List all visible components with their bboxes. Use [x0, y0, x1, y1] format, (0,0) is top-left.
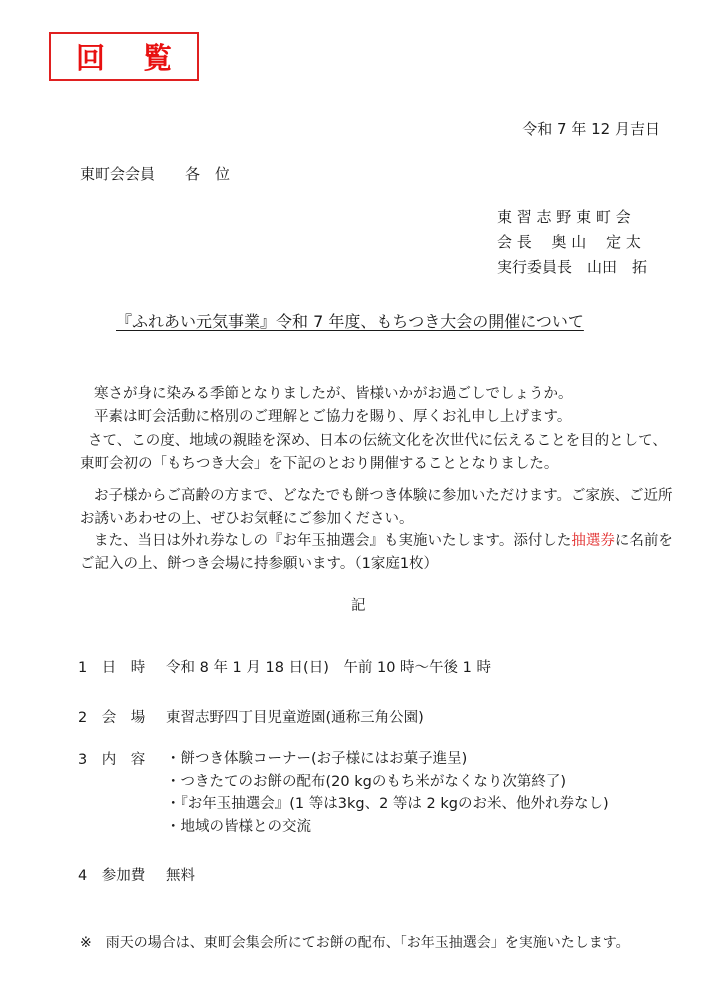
item-label: 1 日 時: [78, 656, 166, 677]
body-paragraph-5: また、当日は外れ券なしの『お年玉抽選会』も実施いたします。添付した抽選券に名前を…: [80, 530, 677, 575]
rain-note: ※ 雨天の場合は、東町会集会所にてお餅の配布、「お年玉抽選会」を実施いたします。: [80, 932, 630, 952]
stamp-char-1: 回: [76, 36, 105, 77]
contents-line-1: ・餅つき体験コーナー(お子様にはお菓子進呈): [166, 748, 609, 771]
stamp-char-2: 覧: [143, 36, 172, 77]
addressee: 東町会会員 各 位: [80, 163, 230, 184]
body-paragraph-4: お子様からご高齢の方まで、どなたでも餅つき体験に参加いただけます。ご家族、ご近所…: [80, 485, 677, 530]
lottery-ticket-highlight: 抽選券: [571, 533, 615, 549]
issue-date: 令和 7 年 12 月吉日: [522, 118, 660, 139]
item-value: 令和 8 年 1 月 18 日(日) 午前 10 時～午後 1 時: [166, 660, 491, 676]
item-label: 2 会 場: [78, 706, 166, 727]
sender-president: 会 長 奥 山 定 太: [497, 230, 647, 255]
paragraph-5-text-before: また、当日は外れ券なしの『お年玉抽選会』も実施いたします。添付した: [94, 533, 571, 549]
sender-block: 東 習 志 野 東 町 会 会 長 奥 山 定 太 実行委員長 山田 拓: [497, 205, 647, 280]
item-value: 無料: [166, 868, 195, 884]
item-label: 3 内 容: [78, 748, 166, 769]
ki-heading: 記: [351, 594, 366, 615]
body-paragraph-2: 平素は町会活動に格別のご理解とご協力を賜り、厚くお礼申し上げます。: [80, 406, 680, 429]
item-fee: 4 参加費無料: [78, 864, 195, 885]
contents-line-4: ・地域の皆様との交流: [166, 816, 609, 839]
item-datetime: 1 日 時令和 8 年 1 月 18 日(日) 午前 10 時～午後 1 時: [78, 656, 491, 677]
circulation-stamp: 回 覧: [49, 32, 199, 81]
contents-line-2: ・つきたてのお餅の配布(20 kgのもち米がなくなり次第終了): [166, 771, 609, 794]
item-venue: 2 会 場東習志野四丁目児童遊園(通称三角公園): [78, 706, 424, 727]
body-paragraph-1: 寒さが身に染みる季節となりましたが、皆様いかがお過ごしでしょうか。: [80, 383, 680, 406]
sender-organization: 東 習 志 野 東 町 会: [497, 205, 647, 230]
sender-committee-chair: 実行委員長 山田 拓: [497, 255, 647, 280]
item-label: 4 参加費: [78, 864, 166, 885]
item-contents: 3 内 容 ・餅つき体験コーナー(お子様にはお菓子進呈) ・つきたてのお餅の配布…: [78, 748, 609, 838]
contents-list: ・餅つき体験コーナー(お子様にはお菓子進呈) ・つきたてのお餅の配布(20 kg…: [166, 748, 609, 838]
item-value: 東習志野四丁目児童遊園(通称三角公園): [166, 710, 424, 726]
document-title: 『ふれあい元気事業』令和 7 年度、もちつき大会の開催について: [116, 309, 584, 332]
contents-line-3: ・『お年玉抽選会』(1 等は3kg、2 等は 2 kgのお米、他外れ券なし): [166, 793, 609, 816]
body-paragraph-3: さて、この度、地域の親睦を深め、日本の伝統文化を次世代に伝えることを目的として、…: [80, 430, 680, 475]
